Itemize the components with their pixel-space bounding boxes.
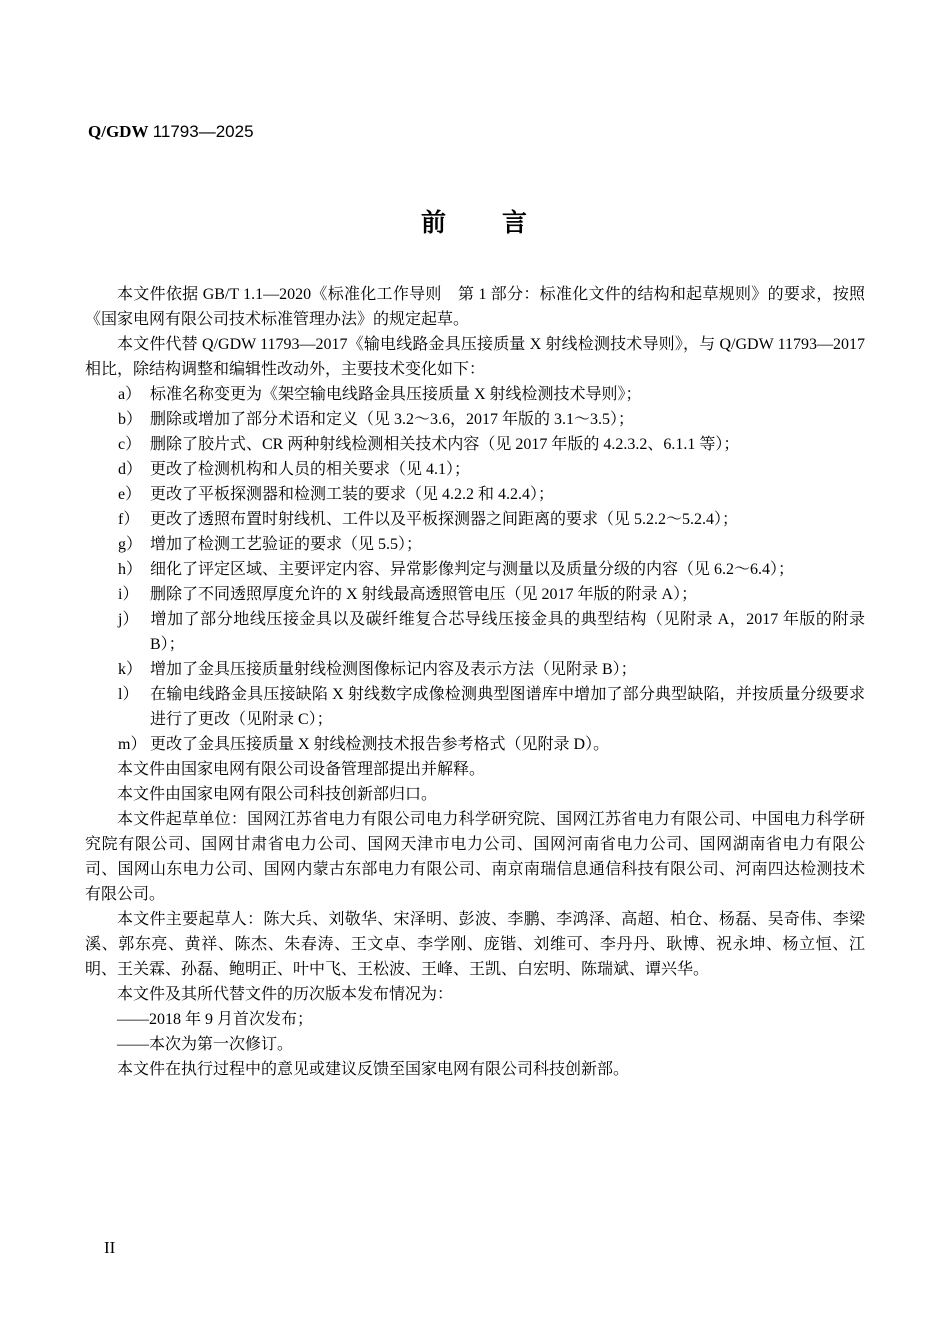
change-item-marker: i） xyxy=(118,582,150,607)
change-item-marker: j） xyxy=(118,607,150,632)
intro-paragraphs: 本文件依据 GB/T 1.1—2020《标准化工作导则 第 1 部分：标准化文件… xyxy=(85,282,865,382)
change-list-item: b）删除或增加了部分术语和定义（见 3.2～3.6，2017 年版的 3.1～3… xyxy=(85,407,865,432)
change-item-text: 在输电线路金具压接缺陷 X 射线数字成像检测典型图谱库中增加了部分典型缺陷，并按… xyxy=(150,686,865,728)
change-item-marker: m） xyxy=(118,732,150,757)
change-list-item: k）增加了金具压接质量射线检测图像标记内容及表示方法（见附录 B）； xyxy=(85,657,865,682)
paragraph: 本文件主要起草人：陈大兵、刘敬华、宋泽明、彭波、李鹏、李鸿泽、高超、柏仓、杨磊、… xyxy=(85,907,865,982)
closing-paragraphs: 本文件由国家电网有限公司设备管理部提出并解释。 本文件由国家电网有限公司科技创新… xyxy=(85,757,865,1082)
change-list-item: g）增加了检测工艺验证的要求（见 5.5）； xyxy=(85,532,865,557)
change-item-marker: l） xyxy=(118,682,150,707)
paragraph: ——2018 年 9 月首次发布； xyxy=(85,1007,865,1032)
paragraph: 本文件及其所代替文件的历次版本发布情况为： xyxy=(85,982,865,1007)
paragraph: 本文件代替 Q/GDW 11793—2017《输电线路金具压接质量 X 射线检测… xyxy=(85,332,865,382)
change-item-marker: c） xyxy=(118,432,150,457)
paragraph: 本文件依据 GB/T 1.1—2020《标准化工作导则 第 1 部分：标准化文件… xyxy=(85,282,865,332)
change-item-text: 增加了部分地线压接金具以及碳纤维复合芯导线压接金具的典型结构（见附录 A，201… xyxy=(150,611,865,653)
change-list-item: f）更改了透照布置时射线机、工件以及平板探测器之间距离的要求（见 5.2.2～5… xyxy=(85,507,865,532)
document-page: Q/GDW 11793—2025 前 言 本文件依据 GB/T 1.1—2020… xyxy=(0,0,950,1344)
change-item-text: 删除了不同透照厚度允许的 X 射线最高透照管电压（见 2017 年版的附录 A）… xyxy=(150,586,697,603)
change-item-text: 更改了透照布置时射线机、工件以及平板探测器之间距离的要求（见 5.2.2～5.2… xyxy=(150,511,738,528)
change-item-marker: b） xyxy=(118,407,150,432)
change-list-item: m）更改了金具压接质量 X 射线检测技术报告参考格式（见附录 D）。 xyxy=(85,732,865,757)
change-item-text: 更改了金具压接质量 X 射线检测技术报告参考格式（见附录 D）。 xyxy=(150,736,609,753)
change-list-item: j）增加了部分地线压接金具以及碳纤维复合芯导线压接金具的典型结构（见附录 A，2… xyxy=(85,607,865,657)
change-list-item: i）删除了不同透照厚度允许的 X 射线最高透照管电压（见 2017 年版的附录 … xyxy=(85,582,865,607)
change-item-text: 标准名称变更为《架空输电线路金具压接质量 X 射线检测技术导则》； xyxy=(150,386,642,403)
change-item-text: 更改了平板探测器和检测工装的要求（见 4.2.2 和 4.2.4）； xyxy=(150,486,554,503)
standard-code-number: 11793—2025 xyxy=(153,122,254,141)
page-number: II xyxy=(104,1238,115,1258)
standard-code: Q/GDW 11793—2025 xyxy=(88,122,254,142)
change-item-marker: e） xyxy=(118,482,150,507)
change-item-marker: f） xyxy=(118,507,150,532)
change-item-marker: d） xyxy=(118,457,150,482)
change-list-item: e）更改了平板探测器和检测工装的要求（见 4.2.2 和 4.2.4）； xyxy=(85,482,865,507)
change-item-marker: k） xyxy=(118,657,150,682)
change-item-text: 增加了金具压接质量射线检测图像标记内容及表示方法（见附录 B）； xyxy=(150,661,637,678)
change-list-item: l）在输电线路金具压接缺陷 X 射线数字成像检测典型图谱库中增加了部分典型缺陷，… xyxy=(85,682,865,732)
change-item-marker: h） xyxy=(118,557,150,582)
change-item-text: 细化了评定区域、主要评定内容、异常影像判定与测量以及质量分级的内容（见 6.2～… xyxy=(150,561,794,578)
change-list-item: c）删除了胶片式、CR 两种射线检测相关技术内容（见 2017 年版的 4.2.… xyxy=(85,432,865,457)
change-item-text: 更改了检测机构和人员的相关要求（见 4.1）； xyxy=(150,461,470,478)
change-item-text: 增加了检测工艺验证的要求（见 5.5）； xyxy=(150,536,422,553)
change-item-marker: a） xyxy=(118,382,150,407)
standard-code-prefix: Q/GDW xyxy=(88,122,148,141)
change-item-text: 删除或增加了部分术语和定义（见 3.2～3.6，2017 年版的 3.1～3.5… xyxy=(150,411,634,428)
change-list-item: a）标准名称变更为《架空输电线路金具压接质量 X 射线检测技术导则》； xyxy=(85,382,865,407)
paragraph: 本文件起草单位：国网江苏省电力有限公司电力科学研究院、国网江苏省电力有限公司、中… xyxy=(85,807,865,907)
foreword-body: 本文件依据 GB/T 1.1—2020《标准化工作导则 第 1 部分：标准化文件… xyxy=(85,282,865,1082)
change-item-marker: g） xyxy=(118,532,150,557)
change-item-text: 删除了胶片式、CR 两种射线检测相关技术内容（见 2017 年版的 4.2.3.… xyxy=(150,436,739,453)
change-list-item: h）细化了评定区域、主要评定内容、异常影像判定与测量以及质量分级的内容（见 6.… xyxy=(85,557,865,582)
change-list-item: d）更改了检测机构和人员的相关要求（见 4.1）； xyxy=(85,457,865,482)
foreword-title: 前 言 xyxy=(0,203,950,239)
changes-list: a）标准名称变更为《架空输电线路金具压接质量 X 射线检测技术导则》； b）删除… xyxy=(85,382,865,757)
paragraph: ——本次为第一次修订。 xyxy=(85,1032,865,1057)
paragraph: 本文件由国家电网有限公司科技创新部归口。 xyxy=(85,782,865,807)
paragraph: 本文件在执行过程中的意见或建议反馈至国家电网有限公司科技创新部。 xyxy=(85,1057,865,1082)
paragraph: 本文件由国家电网有限公司设备管理部提出并解释。 xyxy=(85,757,865,782)
